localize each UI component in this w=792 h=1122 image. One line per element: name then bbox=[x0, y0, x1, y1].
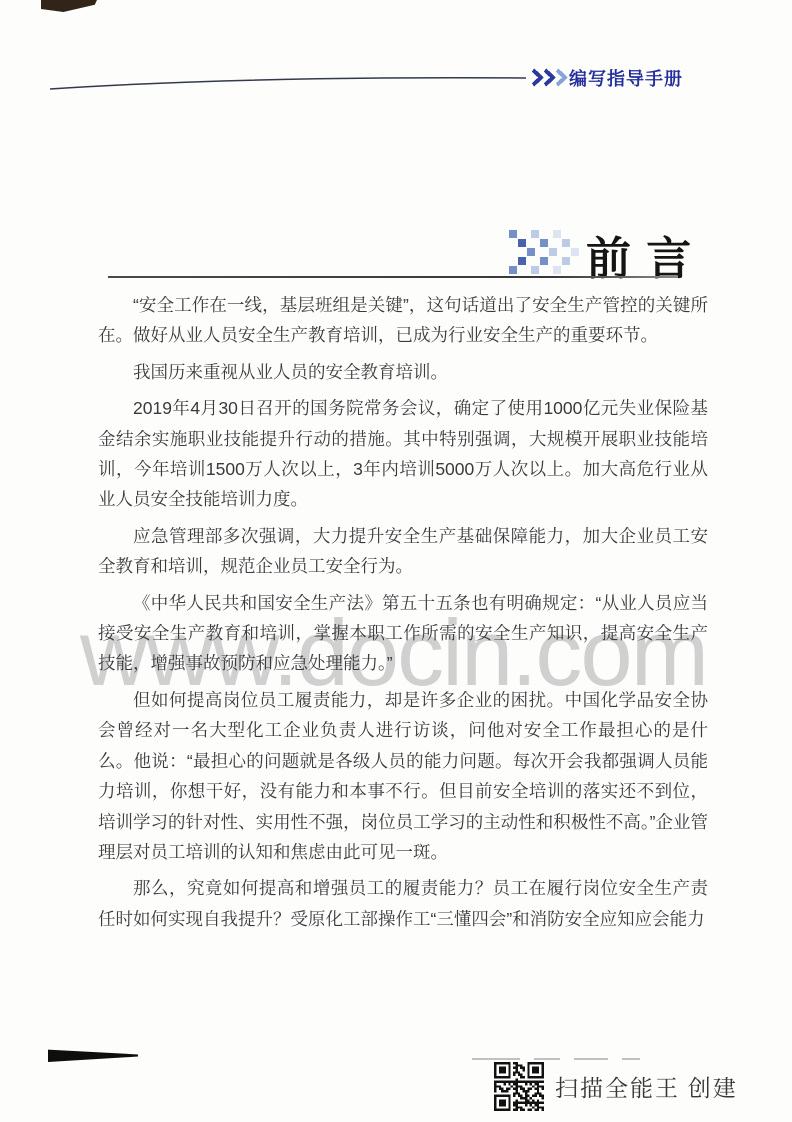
document-body: “安全工作在一线，基层班组是关键”，这句话道出了安全生产管控的关键所在。做好从业… bbox=[98, 290, 708, 934]
header-title: 编写指导手册 bbox=[569, 65, 683, 91]
paragraph: 应急管理部多次强调，大力提升安全生产基础保障能力，加大企业员工安全教育和培训，规… bbox=[98, 521, 708, 582]
paragraph: 但如何提高岗位员工履责能力，却是许多企业的困扰。中国化学品安全协会曾经对一名大型… bbox=[98, 685, 708, 867]
qr-code-icon bbox=[494, 1062, 544, 1111]
footer-scanner-credit: 扫描全能王 创建 bbox=[555, 1070, 738, 1103]
paragraph: 《中华人民共和国安全生产法》第五十五条也有明确规定：“从业人员应当接受安全生产教… bbox=[98, 588, 708, 679]
pixel-chevron-icon bbox=[509, 230, 583, 274]
paragraph: 我国历来重视从业人员的安全教育培训。 bbox=[98, 357, 708, 387]
paragraph: “安全工作在一线，基层班组是关键”，这句话道出了安全生产管控的关键所在。做好从业… bbox=[98, 290, 708, 351]
header-rule-line bbox=[0, 0, 560, 100]
paragraph: 2019年4月30日召开的国务院常务会议，确定了使用1000亿元失业保险基金结余… bbox=[98, 393, 708, 515]
triple-chevron-right-icon bbox=[531, 68, 568, 87]
scan-artifact-dashes bbox=[472, 1058, 692, 1061]
paragraph: 那么，究竟如何提高和增强员工的履责能力？员工在履行岗位安全生产责任时如何实现自我… bbox=[98, 873, 708, 934]
page-footer: 扫描全能王 创建 bbox=[494, 1062, 738, 1111]
scanned-page: 编写指导手册 前 言 www.docin.com “安全工作在一线 bbox=[0, 0, 792, 1122]
title-rule-line bbox=[108, 276, 678, 278]
scan-artifact-bottom bbox=[48, 1049, 138, 1062]
